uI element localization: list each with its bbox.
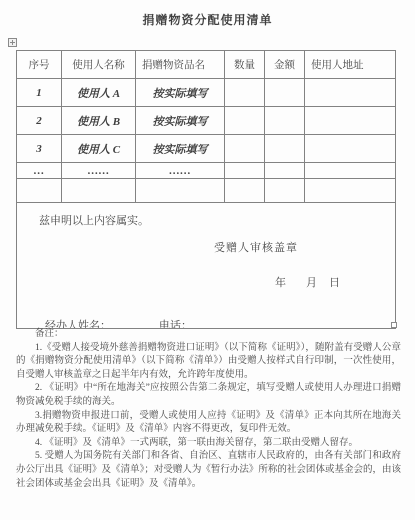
cell-user-address: [305, 107, 396, 135]
table-header-row: 序号 使用人名称 捐赠物资品名 数量 金额 使用人地址: [17, 51, 396, 79]
cell-user-name: 使用人 A: [62, 79, 136, 107]
col-header-quantity: 数量: [225, 51, 265, 79]
cell-serial: …: [17, 163, 62, 179]
cell-amount: [265, 107, 305, 135]
note-item-3: 3.捐赠物资申报进口前，受赠人或使用人应持《证明》及《清单》正本向其所在地海关办…: [16, 410, 401, 437]
notes-label: 备注：: [16, 328, 401, 342]
cell-item-name: ……: [136, 163, 225, 179]
donation-allocation-table: 序号 使用人名称 捐赠物资品名 数量 金额 使用人地址 1 使用人 A 按实际填…: [16, 50, 396, 329]
cell-quantity: [225, 163, 265, 179]
page-title: 捐赠物资分配使用清单: [0, 11, 415, 28]
table-row: 3 使用人 C 按实际填写: [17, 135, 396, 163]
cell-serial: 2: [17, 107, 62, 135]
recipient-seal-label: 受赠人审核盖章: [214, 239, 298, 255]
table-row: 1 使用人 A 按实际填写: [17, 79, 396, 107]
cell-user-name: ……: [62, 163, 136, 179]
cell-user-name: 使用人 C: [62, 135, 136, 163]
note-item-1: 1.《受赠人接受境外慈善捐赠物资进口证明》（以下简称《证明》），随附盖有受赠人公…: [16, 342, 401, 383]
col-header-amount: 金额: [265, 51, 305, 79]
cell-serial: [17, 179, 62, 203]
cell-amount: [265, 79, 305, 107]
col-header-item-name: 捐赠物资品名: [136, 51, 225, 79]
note-item-5: 5. 受赠人为国务院有关部门和各省、自治区、直辖市人民政府的，由各有关部门和政府…: [16, 450, 401, 491]
cell-quantity: [225, 179, 265, 203]
cell-amount: [265, 135, 305, 163]
day-label: 日: [329, 274, 340, 290]
cell-user-address: [305, 163, 396, 179]
cell-amount: [265, 163, 305, 179]
cell-user-name: 使用人 B: [62, 107, 136, 135]
note-item-2: 2. 《证明》中“所在地海关”应按照公告第二条规定，填写受赠人或使用人办理进口捐…: [16, 382, 401, 409]
table-row: … …… ……: [17, 163, 396, 179]
cell-quantity: [225, 79, 265, 107]
table-move-handle-icon[interactable]: [8, 38, 17, 47]
declaration-statement: 兹申明以上内容属实。: [39, 212, 149, 228]
table-row: 2 使用人 B 按实际填写: [17, 107, 396, 135]
cell-user-address: [305, 79, 396, 107]
cell-user-address: [305, 179, 396, 203]
handler-line: 经办人姓名：电话：: [23, 305, 192, 329]
declaration-cell: 兹申明以上内容属实。 受赠人审核盖章 年月日 经办人姓名：电话：: [17, 203, 396, 329]
notes-section: 备注： 1.《受赠人接受境外慈善捐赠物资进口证明》（以下简称《证明》），随附盖有…: [16, 328, 401, 491]
cell-quantity: [225, 107, 265, 135]
cell-amount: [265, 179, 305, 203]
cell-item-name: 按实际填写: [136, 135, 225, 163]
cell-serial: 1: [17, 79, 62, 107]
table-row: [17, 179, 396, 203]
cell-user-name: [62, 179, 136, 203]
col-header-serial: 序号: [17, 51, 62, 79]
declaration-row: 兹申明以上内容属实。 受赠人审核盖章 年月日 经办人姓名：电话：: [17, 203, 396, 329]
date-line: 年月日: [253, 262, 340, 302]
cell-item-name: 按实际填写: [136, 79, 225, 107]
month-label: 月: [306, 274, 317, 290]
cell-quantity: [225, 135, 265, 163]
cell-user-address: [305, 135, 396, 163]
col-header-user-address: 使用人地址: [305, 51, 396, 79]
cell-item-name: 按实际填写: [136, 107, 225, 135]
note-item-4: 4. 《证明》及《清单》一式两联，第一联由海关留存，第二联由受赠人留存。: [16, 437, 401, 451]
year-label: 年: [275, 274, 286, 290]
col-header-user-name: 使用人名称: [62, 51, 136, 79]
cell-serial: 3: [17, 135, 62, 163]
cell-item-name: [136, 179, 225, 203]
